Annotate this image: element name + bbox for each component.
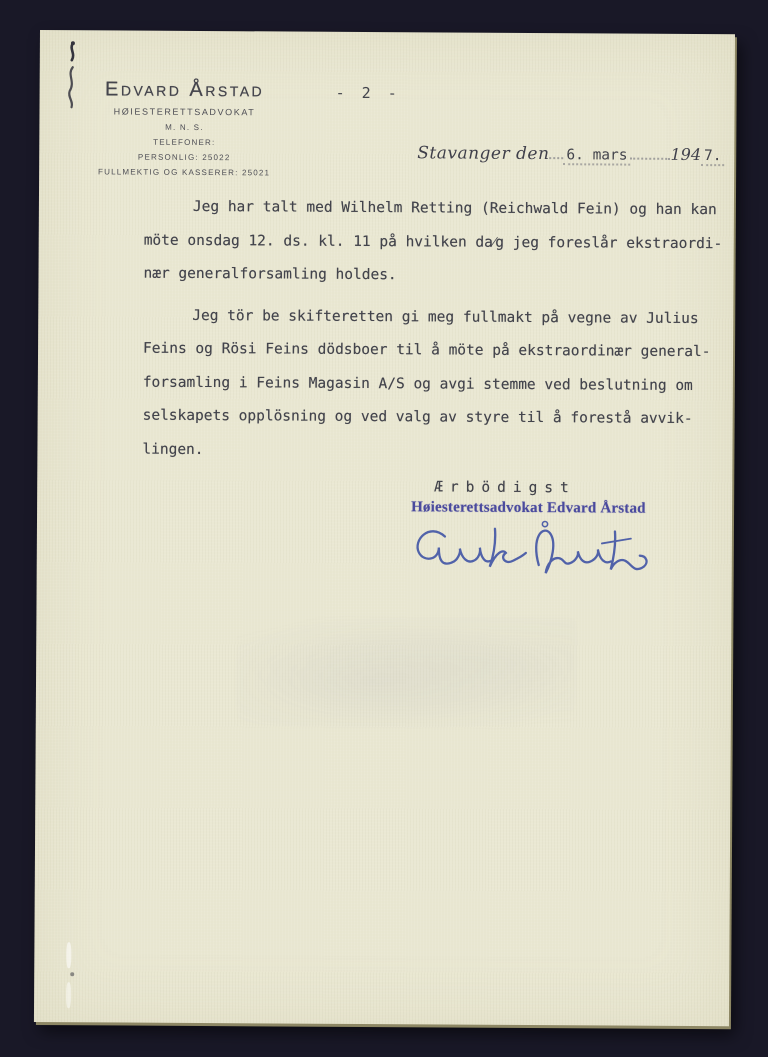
body-line: nær generalforsamling holdes. bbox=[143, 258, 743, 295]
body-line: möte onsdag 12. ds. kl. 11 på hvilken da… bbox=[144, 224, 744, 261]
dotted-leader bbox=[549, 143, 563, 159]
body-line: forsamling i Feins Magasin A/S og avgi s… bbox=[143, 366, 743, 403]
valediction: Ærbödigst bbox=[434, 479, 576, 496]
handwritten-signature: Erik Årstad bbox=[405, 516, 655, 596]
letterhead-name: Edvard Årstad bbox=[55, 78, 315, 103]
body-line: Jeg tör be skifteretten gi meg fullmakt … bbox=[143, 299, 743, 336]
dotted-leader bbox=[631, 144, 671, 160]
paragraph-1: Jeg har talt med Wilhelm Retting (Reichw… bbox=[143, 191, 744, 295]
body-line: Jeg har talt med Wilhelm Retting (Reichw… bbox=[144, 191, 744, 228]
body-line: lingen. bbox=[142, 433, 742, 470]
body-line: selskapets opplösning og ved valg av sty… bbox=[143, 400, 743, 437]
dateline-place: Stavanger den bbox=[417, 143, 549, 164]
paper-speck bbox=[66, 942, 71, 968]
paper-speck bbox=[70, 972, 74, 976]
letterhead-phones-label: TELEFONER: bbox=[54, 137, 314, 148]
paragraph-2: Jeg tör be skifteretten gi meg fullmakt … bbox=[142, 299, 743, 470]
attorney-stamp: Høiesterettsadvokat Edvard Årstad bbox=[411, 499, 651, 517]
dateline-year-typed: 7. bbox=[701, 148, 725, 166]
letter-body: Jeg har talt med Wilhelm Retting (Reichw… bbox=[142, 191, 744, 479]
show-through-ghost bbox=[236, 616, 577, 728]
signature-strokes bbox=[405, 516, 655, 596]
page-number: - 2 - bbox=[336, 84, 401, 102]
letter-page: Edvard Årstad HØIESTERETTSADVOKAT M. N. … bbox=[34, 30, 735, 1026]
dateline: Stavanger den6. mars1947. bbox=[417, 142, 717, 165]
letterhead-phone-clerk: FULLMEKTIG OG KASSERER: 25021 bbox=[54, 167, 314, 178]
letterhead: Edvard Årstad HØIESTERETTSADVOKAT M. N. … bbox=[54, 78, 315, 178]
letterhead-membership: M. N. S. bbox=[54, 122, 314, 133]
letterhead-phone-personal: PERSONLIG: 25022 bbox=[54, 152, 314, 163]
letterhead-title: HØIESTERETTSADVOKAT bbox=[54, 106, 314, 118]
body-line: Feins og Rösi Feins dödsboer til å möte … bbox=[143, 333, 743, 370]
scan-background: Edvard Årstad HØIESTERETTSADVOKAT M. N. … bbox=[0, 0, 768, 1057]
dateline-year-printed: 194 bbox=[670, 145, 701, 164]
dateline-date-typed: 6. mars bbox=[563, 147, 630, 165]
